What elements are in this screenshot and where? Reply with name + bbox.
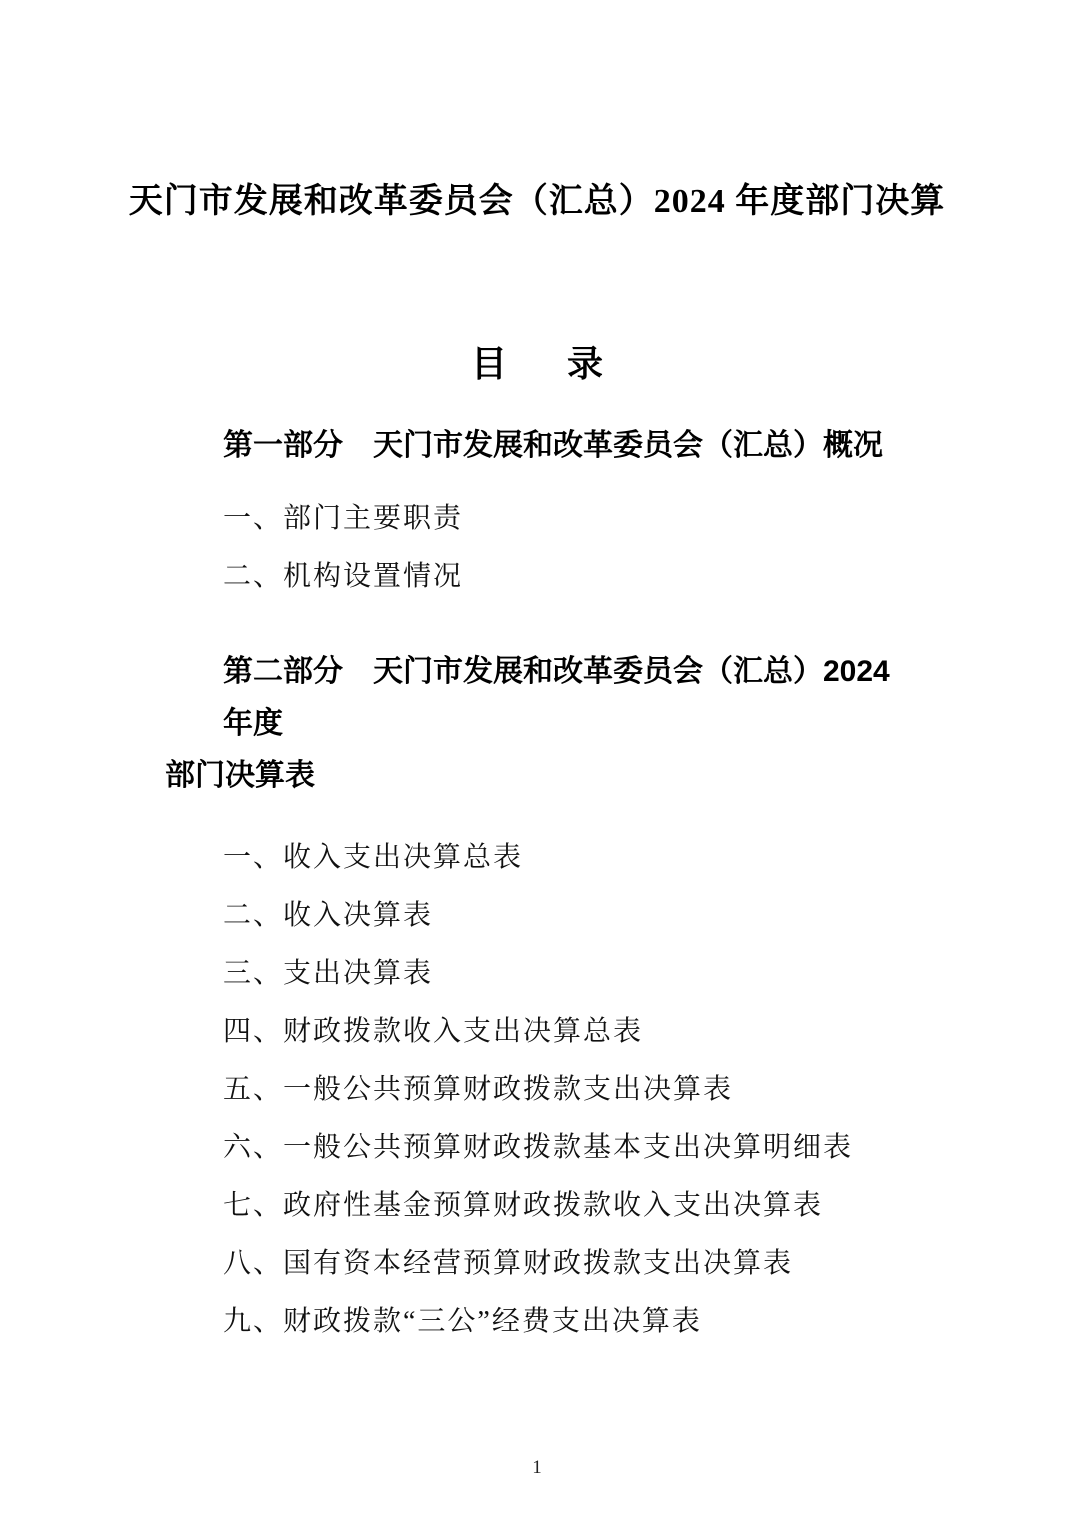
section-2-heading-line2: 部门决算表 (165, 750, 914, 802)
toc-item-expense-table: 三、支出决算表 (165, 945, 914, 1003)
toc-item-state-capital-budget-table: 八、国有资本经营预算财政拨款支出决算表 (165, 1235, 914, 1293)
section-2-heading-line1: 第二部分 天门市发展和改革委员会（汇总）2024 年度 (165, 646, 914, 750)
toc-item-gov-fund-budget-table: 七、政府性基金预算财政拨款收入支出决算表 (165, 1177, 914, 1235)
document-title: 天门市发展和改革委员会（汇总）2024 年度部门决算 (0, 180, 1074, 224)
toc-item-org-setup: 二、机构设置情况 (165, 548, 914, 606)
page-number: 1 (0, 1456, 1074, 1480)
toc-item-income-table: 二、收入决算表 (165, 887, 914, 945)
toc-item-fiscal-appropriation-summary-table: 四、财政拨款收入支出决算总表 (165, 1003, 914, 1061)
section-1-heading: 第一部分 天门市发展和改革委员会（汇总）概况 (165, 426, 914, 466)
toc-heading: 目 录 (0, 342, 1074, 386)
toc-item-dept-duties: 一、部门主要职责 (165, 490, 914, 548)
toc-item-general-public-budget-basic-expense-detail-table: 六、一般公共预算财政拨款基本支出决算明细表 (165, 1119, 914, 1177)
toc-item-three-public-expense-table: 九、财政拨款“三公”经费支出决算表 (165, 1293, 914, 1351)
section-1-item-list: 一、部门主要职责 二、机构设置情况 (165, 490, 914, 606)
toc-item-income-expense-summary-table: 一、收入支出决算总表 (165, 829, 914, 887)
document-page: 天门市发展和改革委员会（汇总）2024 年度部门决算 目 录 第一部分 天门市发… (0, 0, 1074, 1520)
section-2-heading: 第二部分 天门市发展和改革委员会（汇总）2024 年度 部门决算表 (165, 646, 914, 802)
toc-item-general-public-budget-expense-table: 五、一般公共预算财政拨款支出决算表 (165, 1061, 914, 1119)
section-2-item-list: 一、收入支出决算总表 二、收入决算表 三、支出决算表 四、财政拨款收入支出决算总… (165, 829, 914, 1351)
